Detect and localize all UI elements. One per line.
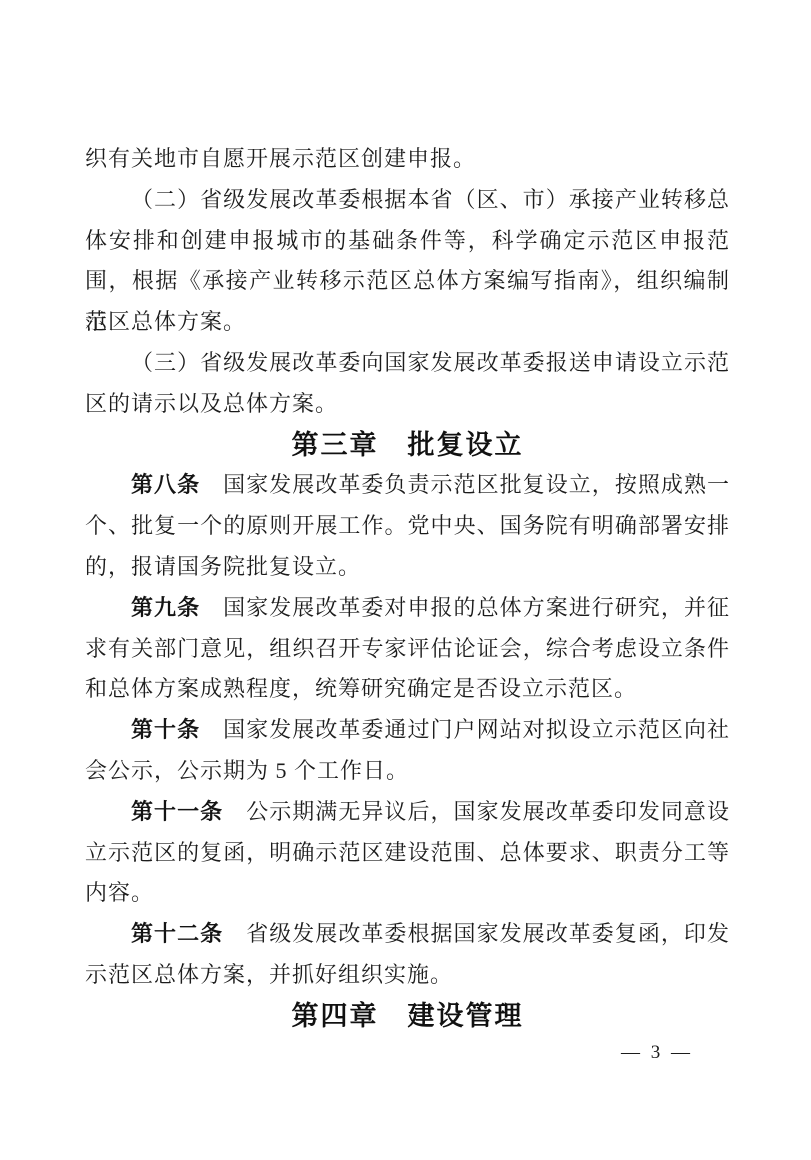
document-page: 织有关地市自愿开展示范区创建申报。（二）省级发展改革委根据本省（区、市）承接产业… <box>0 0 811 1160</box>
line-text: 区的请示以及总体方案。 <box>85 391 338 416</box>
article-number: 第九条 <box>131 595 200 620</box>
document-line: 第十条 国家发展改革委通过门户网站对拟设立示范区向社 <box>85 710 730 751</box>
article-number: 第十条 <box>131 717 200 742</box>
line-text: 和总体方案成熟程度，统筹研究确定是否设立示范区。 <box>85 676 637 701</box>
line-text: 国家发展改革委对申报的总体方案进行研究，并征 <box>200 595 730 620</box>
document-line: 第九条 国家发展改革委对申报的总体方案进行研究，并征 <box>85 588 730 629</box>
document-line: 织有关地市自愿开展示范区创建申报。 <box>85 139 730 180</box>
document-line: 体安排和创建申报城市的基础条件等，科学确定示范区申报范 <box>85 221 730 262</box>
line-text: 个、批复一个的原则开展工作。党中央、国务院有明确部署安排 <box>85 513 730 538</box>
line-text: 公示期满无异议后，国家发展改革委印发同意设 <box>223 799 730 824</box>
document-line: 第八条 国家发展改革委负责示范区批复设立，按照成熟一 <box>85 465 730 506</box>
article-number: 第八条 <box>131 472 200 497</box>
line-text: 国家发展改革委负责示范区批复设立，按照成熟一 <box>200 472 730 497</box>
line-text: 省级发展改革委根据国家发展改革委复函，印发 <box>223 921 730 946</box>
page-number: — 3 — <box>621 1042 693 1064</box>
document-line: 第十一条 公示期满无异议后，国家发展改革委印发同意设 <box>85 792 730 833</box>
article-number: 第十二条 <box>131 921 223 946</box>
line-text: 第三章 批复设立 <box>292 430 524 460</box>
document-line: 围，根据《承接产业转移示范区总体方案编写指南》，组织编制示 <box>85 261 730 302</box>
document-line: （二）省级发展改革委根据本省（区、市）承接产业转移总 <box>85 180 730 221</box>
line-text: （三）省级发展改革委向国家发展改革委报送申请设立示范 <box>131 350 730 375</box>
document-line: 范区总体方案。 <box>85 302 730 343</box>
document-line: 的，报请国务院批复设立。 <box>85 547 730 588</box>
chapter-heading: 第三章 批复设立 <box>85 425 730 466</box>
line-text: 立示范区的复函，明确示范区建设范围、总体要求、职责分工等 <box>85 840 730 865</box>
document-body: 织有关地市自愿开展示范区创建申报。（二）省级发展改革委根据本省（区、市）承接产业… <box>85 139 730 1037</box>
article-number: 第十一条 <box>131 799 223 824</box>
line-text: 内容。 <box>85 880 154 905</box>
line-text: 会公示，公示期为 5 个工作日。 <box>85 758 409 783</box>
document-line: （三）省级发展改革委向国家发展改革委报送申请设立示范 <box>85 343 730 384</box>
line-text: 第四章 建设管理 <box>292 1001 524 1031</box>
document-line: 第十二条 省级发展改革委根据国家发展改革委复函，印发 <box>85 914 730 955</box>
document-line: 内容。 <box>85 873 730 914</box>
line-text: （二）省级发展改革委根据本省（区、市）承接产业转移总 <box>131 187 730 212</box>
document-line: 个、批复一个的原则开展工作。党中央、国务院有明确部署安排 <box>85 506 730 547</box>
line-text: 国家发展改革委通过门户网站对拟设立示范区向社 <box>200 717 730 742</box>
document-line: 示范区总体方案，并抓好组织实施。 <box>85 955 730 996</box>
chapter-heading: 第四章 建设管理 <box>85 996 730 1037</box>
line-text: 求有关部门意见，组织召开专家评估论证会，综合考虑设立条件 <box>85 636 730 661</box>
document-line: 立示范区的复函，明确示范区建设范围、总体要求、职责分工等 <box>85 833 730 874</box>
line-text: 示范区总体方案，并抓好组织实施。 <box>85 962 453 987</box>
line-text: 体安排和创建申报城市的基础条件等，科学确定示范区申报范 <box>85 228 730 253</box>
line-text: 范区总体方案。 <box>85 309 246 334</box>
line-text: 的，报请国务院批复设立。 <box>85 554 361 579</box>
document-line: 求有关部门意见，组织召开专家评估论证会，综合考虑设立条件 <box>85 629 730 670</box>
line-text: 织有关地市自愿开展示范区创建申报。 <box>85 146 476 171</box>
document-line: 会公示，公示期为 5 个工作日。 <box>85 751 730 792</box>
document-line: 区的请示以及总体方案。 <box>85 384 730 425</box>
document-line: 和总体方案成熟程度，统筹研究确定是否设立示范区。 <box>85 669 730 710</box>
